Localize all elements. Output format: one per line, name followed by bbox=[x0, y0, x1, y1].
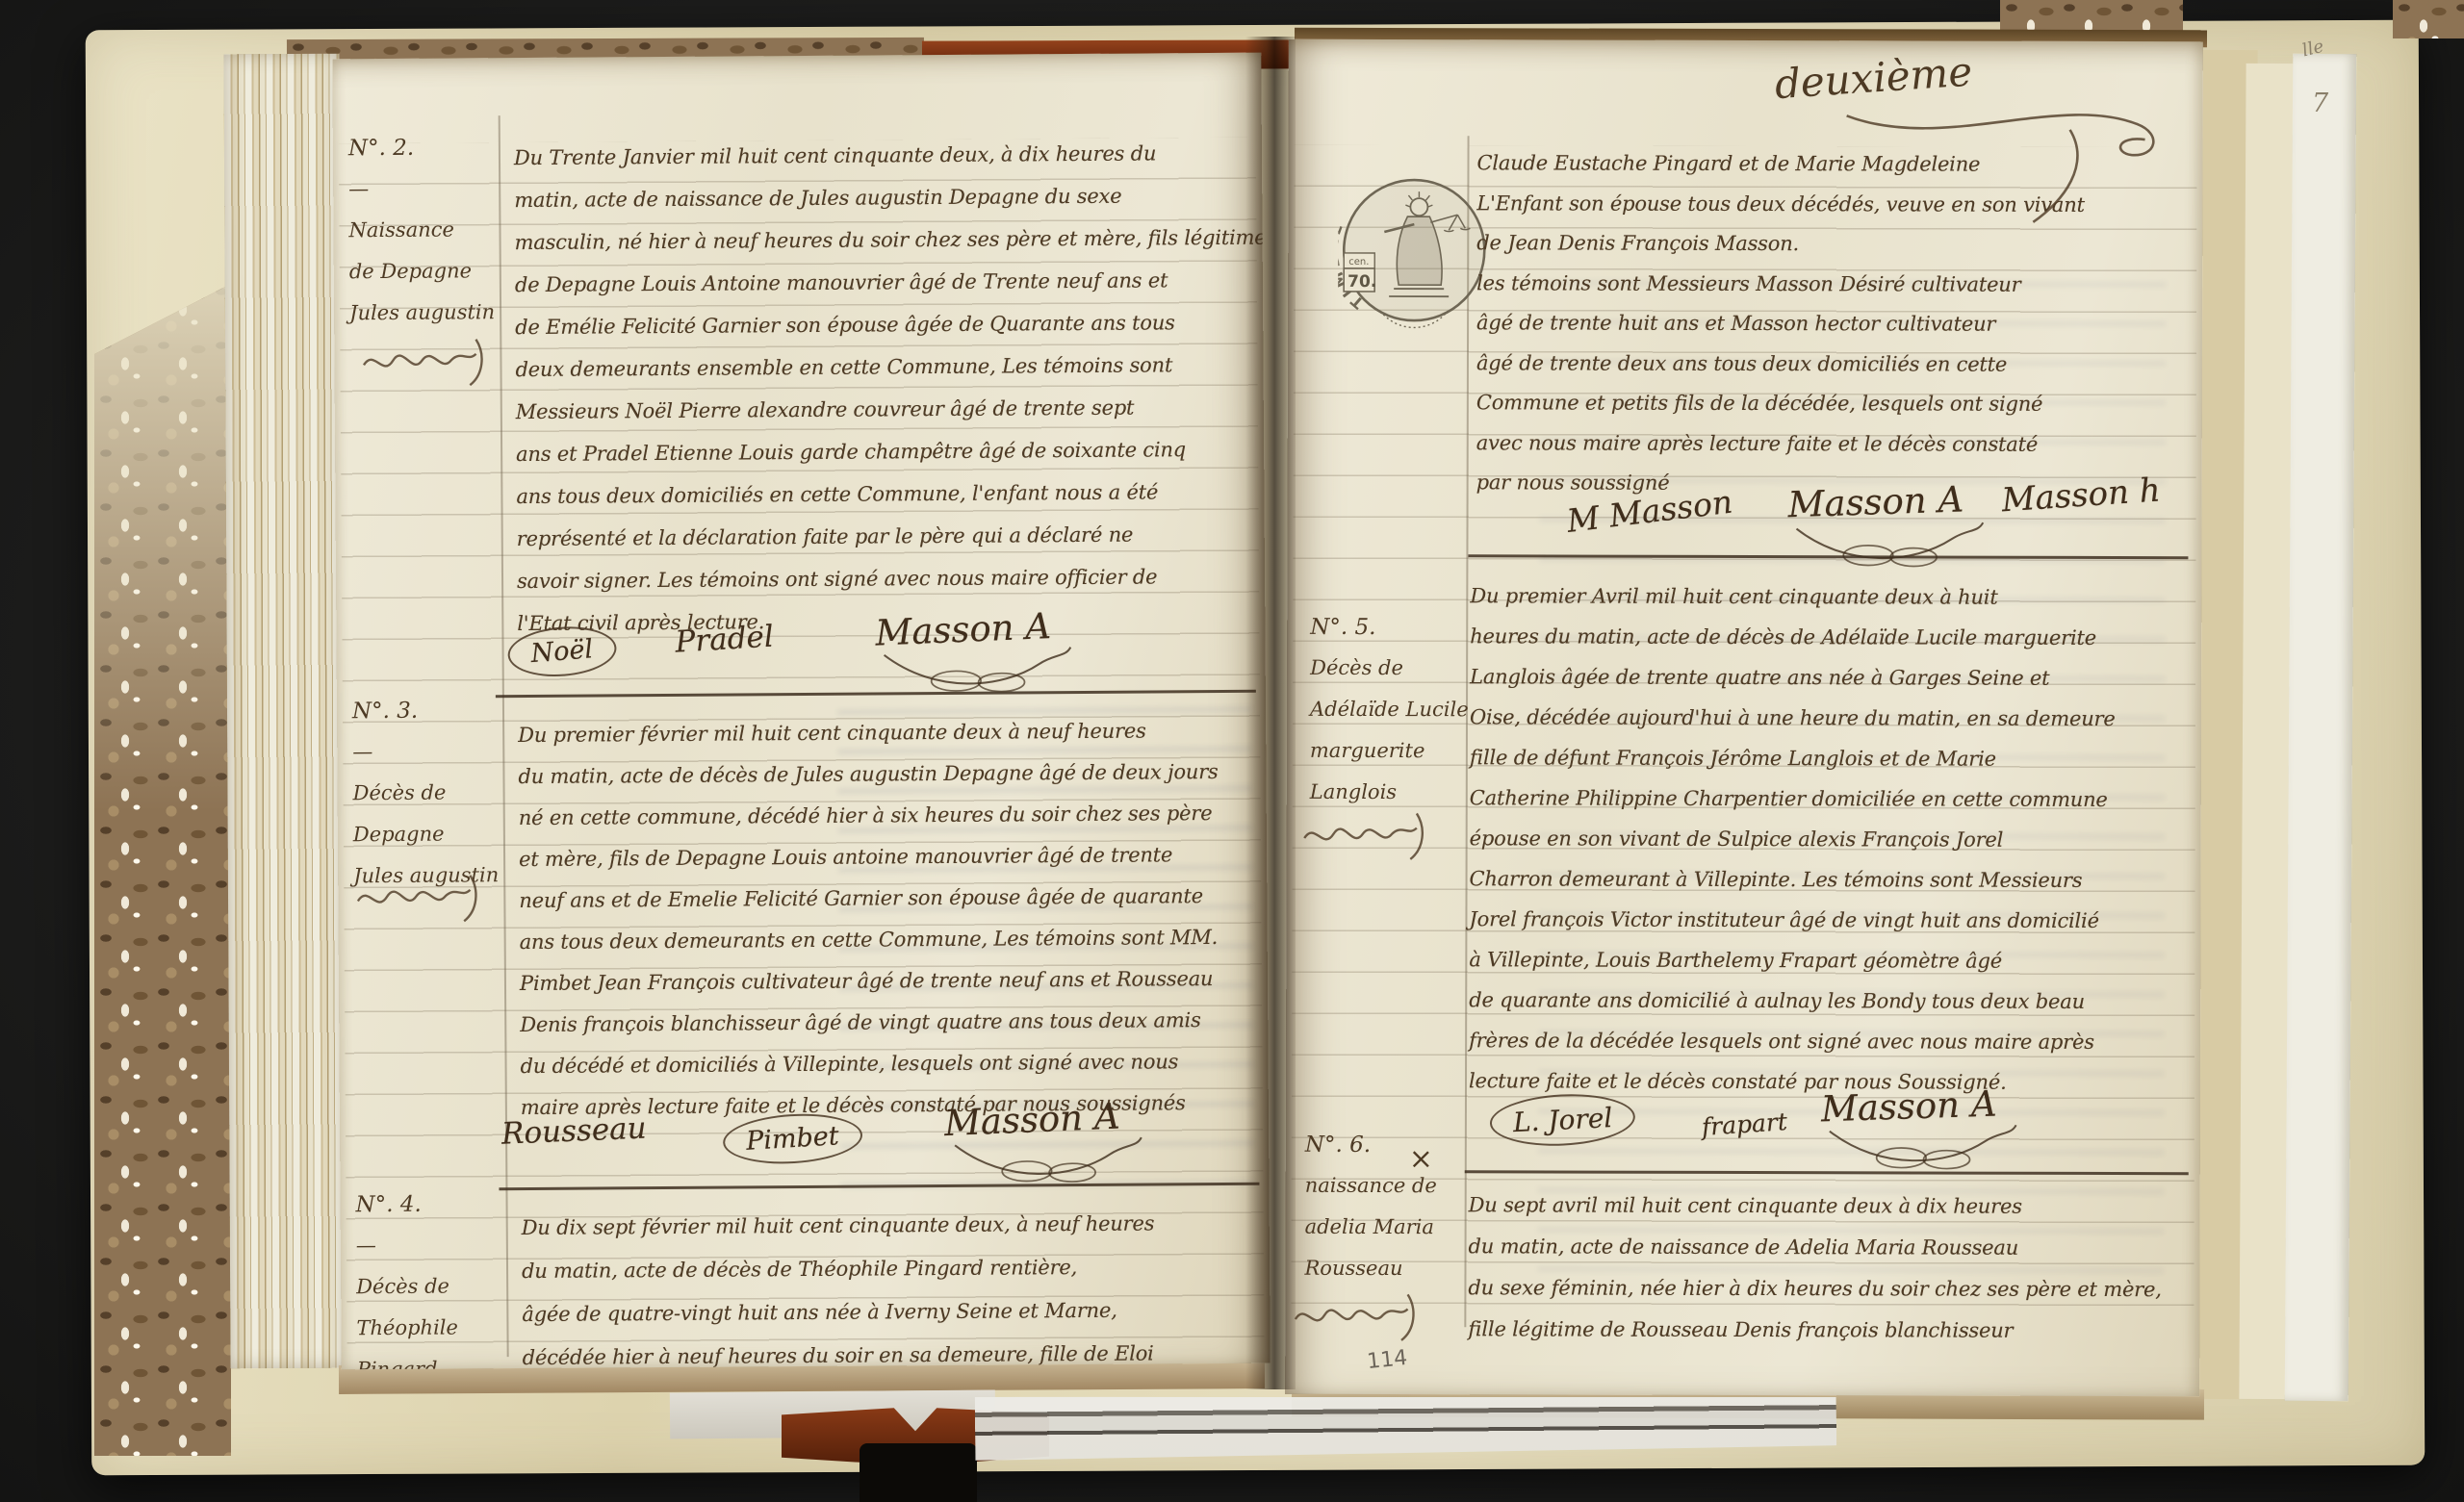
signature-frapart: frapart bbox=[1701, 1107, 1788, 1141]
manuscript-line: heures du matin, acte de décès de Adélaï… bbox=[1470, 624, 2116, 667]
manuscript-line: Denis françois blanchisseur âgé de vingt… bbox=[520, 1008, 1219, 1055]
manuscript-line: âgée de quatre-vingt huit ans née à Iver… bbox=[522, 1298, 1155, 1346]
manuscript-line: — bbox=[356, 1233, 522, 1275]
manuscript-line: Pingard bbox=[357, 1357, 523, 1369]
entry-6-body: Du sept avril mil huit cent cinquante de… bbox=[1468, 1193, 2162, 1361]
left-page: N°. 2. —Naissancede DepagneJules augusti… bbox=[332, 53, 1270, 1370]
manuscript-line: du sexe féminin, née hier à dix heures d… bbox=[1468, 1276, 2161, 1319]
manuscript-line: — bbox=[352, 739, 518, 781]
manuscript-line: ans et Pradel Etienne Louis garde champê… bbox=[516, 438, 1268, 485]
manuscript-line: Du dix sept février mil huit cent cinqua… bbox=[522, 1211, 1155, 1260]
manuscript-line: de Emélie Felicité Garnier son épouse âg… bbox=[515, 311, 1267, 358]
manuscript-line: représenté et la déclaration faite par l… bbox=[517, 522, 1269, 570]
margin-note-entry-5: N°. 5. Décès deAdélaïde Lucilemarguerite… bbox=[1310, 615, 1476, 822]
manuscript-line: masculin, né hier à neuf heures du soir … bbox=[515, 226, 1267, 273]
manuscript-line: né en cette commune, décédé hier à six h… bbox=[519, 802, 1219, 848]
entry-number: N°. 2. bbox=[348, 135, 514, 177]
entry-5-body: Du premier Avril mil huit cent cinquante… bbox=[1469, 584, 2116, 1111]
manuscript-line: Pimbet Jean François cultivateur âgé de … bbox=[520, 967, 1219, 1013]
paraph-flourish-icon bbox=[1291, 1290, 1416, 1342]
entry-number: N°. 5. bbox=[1310, 615, 1476, 656]
entry-number: N°. 3. bbox=[352, 698, 518, 740]
manuscript-line: ans tous deux demeurants en cette Commun… bbox=[520, 926, 1219, 972]
spine-gap-hole bbox=[860, 1443, 977, 1502]
book-gutter-shadow bbox=[1245, 37, 1296, 1389]
manuscript-line: Messieurs Noël Pierre alexandre couvreur… bbox=[516, 395, 1268, 443]
manuscript-line: Catherine Philippine Charpentier domicil… bbox=[1470, 786, 2116, 828]
manuscript-line: Oise, décédée aujourd'hui à une heure du… bbox=[1470, 705, 2116, 748]
manuscript-line: de Jean Denis François Masson. bbox=[1476, 231, 2085, 272]
manuscript-line: fille de défunt François Jérôme Langlois… bbox=[1470, 746, 2116, 788]
flyleaf-right bbox=[2285, 54, 2357, 1401]
under-page-number-fragment: 7 bbox=[2312, 89, 2328, 118]
manuscript-line: Claude Eustache Pingard et de Marie Magd… bbox=[1476, 151, 2085, 192]
marbled-endpaper-left bbox=[94, 284, 231, 1456]
manuscript-line: âgé de trente deux ans tous deux domicil… bbox=[1476, 351, 2085, 393]
manuscript-line: Décès de bbox=[1310, 656, 1476, 698]
manuscript-line: de quarante ans domicilié à aulnay les B… bbox=[1469, 988, 2115, 1031]
manuscript-line: âgé de trente huit ans et Masson hector … bbox=[1476, 311, 2085, 352]
margin-cross-mark: × bbox=[1409, 1142, 1433, 1176]
margin-note-entry-2: N°. 2. —Naissancede DepagneJules augusti… bbox=[348, 135, 515, 343]
manuscript-line: et mère, fils de Depagne Louis antoine m… bbox=[519, 843, 1219, 889]
manuscript-line: Commune et petits fils de la décédée, le… bbox=[1476, 391, 2085, 432]
paraph-flourish-icon bbox=[1300, 809, 1425, 861]
manuscript-line: Depagne bbox=[353, 822, 519, 864]
manuscript-line: du matin, acte de décès de Théophile Pin… bbox=[522, 1255, 1155, 1303]
manuscript-line: du matin, acte de décès de Jules augusti… bbox=[518, 760, 1218, 806]
entry-4-body: Du dix sept février mil huit cent cinqua… bbox=[522, 1211, 1156, 1369]
manuscript-line: marguerite bbox=[1310, 739, 1476, 780]
entry-number: N°. 6. bbox=[1305, 1133, 1471, 1174]
manuscript-line: Théophile bbox=[356, 1315, 522, 1358]
signature-rousseau: Rousseau bbox=[500, 1111, 647, 1152]
page-stack-fore-edge bbox=[223, 54, 346, 1369]
stamp-unit: cen. bbox=[1348, 257, 1369, 267]
manuscript-line: Adélaïde Lucile bbox=[1310, 698, 1476, 739]
margin-note-entry-4: N°. 4. —Décès deThéophilePingard bbox=[355, 1191, 522, 1369]
corner-note-deuxieme: deuxième bbox=[1773, 48, 1973, 109]
manuscript-line: Décès de bbox=[353, 780, 519, 823]
manuscript-line: Décès de bbox=[356, 1274, 522, 1316]
manuscript-line: Naissance bbox=[348, 217, 514, 260]
manuscript-line: — bbox=[348, 176, 514, 218]
entry-2-body: Du Trente Janvier mil huit cent cinquant… bbox=[514, 141, 1270, 654]
manuscript-line: Langlois âgée de trente quatre ans née à… bbox=[1470, 665, 2116, 707]
manuscript-line: les témoins sont Messieurs Masson Désiré… bbox=[1476, 271, 2085, 313]
signature-flourish-icon bbox=[1768, 514, 2009, 573]
manuscript-line: savoir signer. Les témoins ont signé ave… bbox=[517, 565, 1269, 612]
manuscript-line: matin, acte de naissance de Jules august… bbox=[514, 184, 1266, 231]
stamp-value: 70. bbox=[1347, 272, 1376, 292]
entry-number: N°. 4. bbox=[355, 1191, 521, 1234]
right-page: deuxième TIMBRE cen. 70. Claude Eustache… bbox=[1285, 39, 2203, 1396]
manuscript-line: épouse en son vivant de Sulpice alexis F… bbox=[1470, 827, 2116, 869]
manuscript-line: Charron demeurant à Villepinte. Les témo… bbox=[1469, 867, 2115, 909]
manuscript-line: deux demeurants ensemble en cette Commun… bbox=[515, 353, 1267, 400]
manuscript-line: naissance de bbox=[1305, 1174, 1471, 1215]
manuscript-line: Du Trente Janvier mil huit cent cinquant… bbox=[514, 141, 1266, 189]
manuscript-line: fille légitime de Rousseau Denis françoi… bbox=[1468, 1317, 2161, 1361]
manuscript-line: frères de la décédée lesquels ont signé … bbox=[1469, 1029, 2115, 1071]
manuscript-line: du matin, acte de naissance de Adelia Ma… bbox=[1468, 1235, 2161, 1278]
manuscript-line: Du premier Avril mil huit cent cinquante… bbox=[1470, 584, 2116, 626]
paraph-flourish-icon bbox=[353, 871, 478, 924]
manuscript-line: ans tous deux domiciliés en cette Commun… bbox=[516, 480, 1268, 527]
paraph-flourish-icon bbox=[359, 335, 484, 388]
entry-4-continuation-body: Claude Eustache Pingard et de Marie Magd… bbox=[1476, 151, 2085, 512]
signature-flourish-icon bbox=[856, 639, 1096, 699]
signature-flourish-icon bbox=[927, 1129, 1168, 1188]
manuscript-line: adelia Maria bbox=[1305, 1215, 1471, 1257]
manuscript-line: de Depagne Louis Antoine manouvrier âgé … bbox=[515, 268, 1267, 316]
manuscript-line: Du premier février mil huit cent cinquan… bbox=[518, 719, 1218, 765]
manuscript-line: Du sept avril mil huit cent cinquante de… bbox=[1469, 1193, 2162, 1236]
margin-note-entry-6: N°. 6. naissance deadelia MariaRousseau bbox=[1304, 1133, 1470, 1298]
manuscript-line: à Villepinte, Louis Barthelemy Frapart g… bbox=[1469, 948, 2115, 990]
manuscript-line: du décédé et domiciliés à Villepinte, le… bbox=[520, 1050, 1219, 1096]
manuscript-line: avec nous maire après lecture faite et l… bbox=[1476, 431, 2085, 472]
manuscript-line: L'Enfant son épouse tous deux décédés, v… bbox=[1476, 191, 2085, 233]
manuscript-line: Jorel françois Victor instituteur âgé de… bbox=[1469, 907, 2115, 950]
manuscript-line: neuf ans et de Emelie Felicité Garnier s… bbox=[519, 884, 1219, 930]
pencil-folio-number: 114 bbox=[1366, 1346, 1408, 1374]
entry-3-body: Du premier février mil huit cent cinquan… bbox=[518, 719, 1220, 1137]
photo-background: { "document": { "corner_note": "deuxième… bbox=[0, 0, 2464, 1502]
signature-pradel: Pradel bbox=[675, 620, 775, 660]
signature-flourish-icon bbox=[1802, 1116, 2042, 1175]
marbled-endpaper-corner bbox=[2393, 0, 2464, 38]
revenue-stamp: TIMBRE cen. 70. bbox=[1338, 170, 1490, 332]
manuscript-line: de Depagne bbox=[349, 259, 515, 301]
